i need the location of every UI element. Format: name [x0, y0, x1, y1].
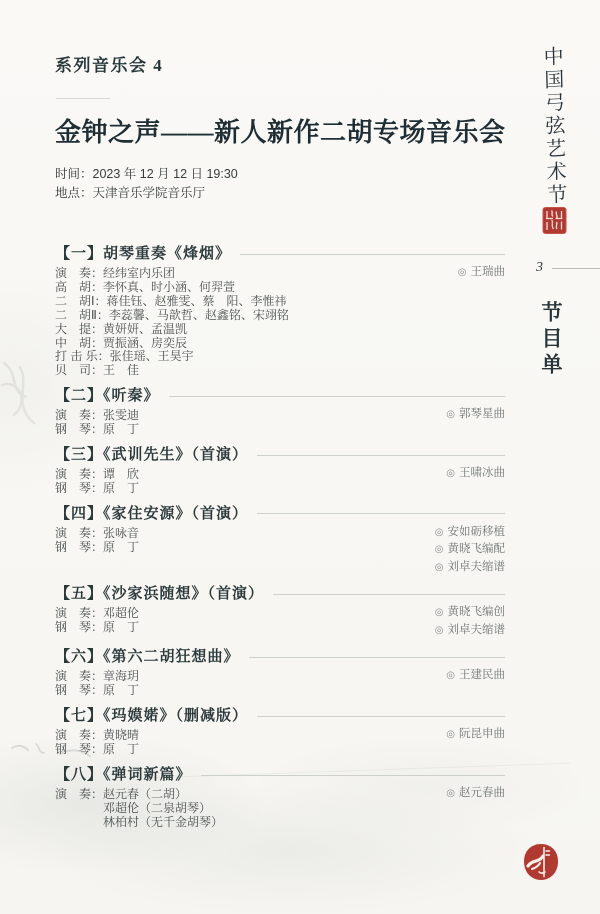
page-number-rule: [552, 268, 600, 269]
performer-row: 钢 琴：原 丁: [55, 684, 139, 698]
performer-label: 钢 琴：: [55, 743, 103, 757]
performer-row: 演 奏：张咏音: [55, 527, 139, 541]
page-number: 3: [536, 260, 543, 276]
performer-row: 高 胡：李怀真、时小涵、何羿萱: [55, 281, 289, 295]
credit-item: ◎刘卓夫缩谱: [435, 559, 505, 577]
performer-value: 原 丁: [103, 743, 139, 757]
performer-label: 演 奏：: [55, 527, 103, 541]
performer-row: 钢 琴：原 丁: [55, 482, 139, 496]
performer-row: 演 奏：张雯迪: [55, 409, 139, 423]
performer-label: 演 奏：: [55, 607, 103, 621]
performer-value: 原 丁: [103, 423, 139, 437]
credit-text: 阮昆申曲: [459, 728, 505, 740]
performer-value: 李怀真、时小涵、何羿萱: [103, 281, 235, 295]
performer-value: 李蕊馨、马歆哲、赵鑫铭、宋翊铭: [109, 309, 289, 323]
item-heading-row: 【一】胡琴重奏《烽烟》: [55, 245, 505, 263]
item-heading: 【二】《听秦》: [55, 387, 160, 405]
credits-list: ◎阮昆申曲: [446, 726, 505, 744]
credit-bullet-icon: ◎: [446, 729, 455, 740]
page-number-row: 3: [536, 260, 600, 276]
program-item: 【八】《弹词新篇》 演 奏：赵元春（二胡） 邓超伦（二泉胡琴） 林柏村（无千金胡…: [55, 766, 505, 830]
program-item: 【五】《沙家浜随想》（首演） 演 奏：邓超伦 钢 琴：原 丁 ◎黄晓飞编创 ◎刘…: [55, 585, 505, 639]
performer-label: 大 提：: [55, 323, 103, 337]
performer-row: 演 奏：经纬室内乐团: [55, 267, 289, 281]
credit-item: ◎阮昆申曲: [446, 726, 505, 744]
credit-bullet-icon: ◎: [446, 670, 455, 681]
credits-list: ◎王瑞曲: [458, 264, 505, 282]
credits-list: ◎王啸冰曲: [446, 465, 505, 483]
item-heading-row: 【四】《家住安源》（首演）: [55, 505, 505, 523]
performer-value: 邓超伦（二泉胡琴）: [103, 802, 211, 816]
performer-value: 蒋佳钰、赵雅雯、蔡 阳、李惟祎: [107, 295, 287, 309]
credit-item: ◎黄晓飞编配: [435, 541, 505, 559]
program-item: 【六】《第六二胡狂想曲》 演 奏：章海玥 钢 琴：原 丁 ◎王建民曲: [55, 648, 505, 698]
performers-list: 演 奏：黄晓晴 钢 琴：原 丁: [55, 729, 139, 757]
performer-label: 高 胡：: [55, 281, 103, 295]
performer-value: 张雯迪: [103, 409, 139, 423]
performer-row: 钢 琴：原 丁: [55, 423, 139, 437]
performer-label: 演 奏：: [55, 267, 103, 281]
performer-row: 演 奏：谭 欣: [55, 468, 139, 482]
content-column: 系列音乐会 4 金钟之声——新人新作二胡专场音乐会 时间：2023 年 12 月…: [55, 55, 505, 839]
performer-row: 演 奏：黄晓晴: [55, 729, 139, 743]
credit-text: 刘卓夫缩谱: [448, 624, 506, 636]
performer-value: 原 丁: [103, 541, 139, 555]
performer-row: 打 击 乐：张佳瑶、王昊宇: [55, 350, 289, 364]
item-heading-row: 【八】《弹词新篇》: [55, 766, 505, 784]
credit-item: ◎安如砺移植: [435, 524, 505, 542]
credit-text: 刘卓夫缩谱: [448, 561, 506, 573]
performer-label: 钢 琴：: [55, 482, 103, 496]
performers-list: 演 奏：张咏音 钢 琴：原 丁: [55, 527, 139, 555]
performer-label: 演 奏：: [55, 409, 103, 423]
performer-value: 林柏村（无千金胡琴）: [103, 816, 223, 830]
item-heading-row: 【五】《沙家浜随想》（首演）: [55, 585, 505, 603]
red-seal-icon: [542, 206, 567, 240]
performer-value: 黄妍妍、孟温凯: [103, 323, 187, 337]
credit-item: ◎王啸冰曲: [446, 465, 505, 483]
credits-list: ◎王建民曲: [446, 667, 505, 685]
meta-time-label: 时间：: [55, 167, 93, 181]
heading-rule: [249, 657, 505, 658]
item-heading-row: 【二】《听秦》: [55, 387, 505, 405]
program-item: 【七】《玛嫫婼》（删减版） 演 奏：黄晓晴 钢 琴：原 丁 ◎阮昆申曲: [55, 707, 505, 757]
performers-list: 演 奏：张雯迪 钢 琴：原 丁: [55, 409, 139, 437]
program-page: 系列音乐会 4 金钟之声——新人新作二胡专场音乐会 时间：2023 年 12 月…: [0, 0, 600, 914]
performer-label: 钢 琴：: [55, 423, 103, 437]
item-heading: 【三】《武训先生》（首演）: [55, 446, 248, 464]
credit-item: ◎王瑞曲: [458, 264, 505, 282]
item-heading-row: 【六】《第六二胡狂想曲》: [55, 648, 505, 666]
credit-bullet-icon: ◎: [446, 788, 455, 799]
credit-text: 黄晓飞编创: [448, 606, 506, 618]
credit-text: 王建民曲: [459, 669, 505, 681]
performer-row: 林柏村（无千金胡琴）: [55, 816, 223, 830]
festival-logo-icon: [522, 842, 560, 887]
meta-venue-label: 地点：: [55, 186, 93, 200]
meta-time-value: 2023 年 12 月 12 日 19:30: [93, 167, 238, 181]
performer-row: 大 提：黄妍妍、孟温凯: [55, 323, 289, 337]
performer-row: 贝 司：王 佳: [55, 364, 289, 378]
heading-rule: [257, 455, 505, 456]
performer-label: 演 奏：: [55, 788, 103, 802]
performer-row: 钢 琴：原 丁: [55, 541, 139, 555]
credit-text: 郭琴星曲: [459, 408, 505, 420]
performer-value: 张咏音: [103, 527, 139, 541]
program-item: 【三】《武训先生》（首演） 演 奏：谭 欣 钢 琴：原 丁 ◎王啸冰曲: [55, 446, 505, 496]
credit-item: ◎刘卓夫缩谱: [435, 622, 505, 640]
credits-list: ◎安如砺移植 ◎黄晓飞编配 ◎刘卓夫缩谱: [435, 524, 505, 577]
program-item: 【二】《听秦》 演 奏：张雯迪 钢 琴：原 丁 ◎郭琴星曲: [55, 387, 505, 437]
credit-item: ◎郭琴星曲: [446, 406, 505, 424]
item-heading-row: 【七】《玛嫫婼》（删减版）: [55, 707, 505, 725]
performer-row: 二 胡Ⅰ：蒋佳钰、赵雅雯、蔡 阳、李惟祎: [55, 295, 289, 309]
performer-label: 钢 琴：: [55, 684, 103, 698]
performer-row: 钢 琴：原 丁: [55, 621, 139, 635]
performers-list: 演 奏：章海玥 钢 琴：原 丁: [55, 670, 139, 698]
item-heading-row: 【三】《武训先生》（首演）: [55, 446, 505, 464]
item-heading: 【七】《玛嫫婼》（删减版）: [55, 707, 248, 725]
program-item: 【四】《家住安源》（首演） 演 奏：张咏音 钢 琴：原 丁 ◎安如砺移植 ◎黄晓…: [55, 505, 505, 577]
item-heading: 【六】《第六二胡狂想曲》: [55, 648, 240, 666]
performer-value: 谭 欣: [103, 468, 139, 482]
program-item: 【一】胡琴重奏《烽烟》 演 奏：经纬室内乐团 高 胡：李怀真、时小涵、何羿萱 二…: [55, 245, 505, 378]
performers-list: 演 奏：谭 欣 钢 琴：原 丁: [55, 468, 139, 496]
performer-row: 演 奏：章海玥: [55, 670, 139, 684]
credits-list: ◎郭琴星曲: [446, 406, 505, 424]
credit-item: ◎赵元春曲: [446, 785, 505, 803]
credit-bullet-icon: ◎: [435, 625, 444, 636]
credit-bullet-icon: ◎: [458, 267, 467, 278]
meta-venue-row: 地点：天津音乐学院音乐厅: [55, 184, 505, 203]
item-heading: 【四】《家住安源》（首演）: [55, 505, 248, 523]
performer-row: 演 奏：邓超伦: [55, 607, 139, 621]
performers-list: 演 奏：赵元春（二胡） 邓超伦（二泉胡琴） 林柏村（无千金胡琴）: [55, 788, 223, 830]
ink-watermark-left: [0, 345, 60, 435]
performer-row: 演 奏：赵元春（二胡）: [55, 788, 223, 802]
meta-time-row: 时间：2023 年 12 月 12 日 19:30: [55, 165, 505, 184]
credit-bullet-icon: ◎: [446, 409, 455, 420]
credit-text: 黄晓飞编配: [448, 543, 506, 555]
credit-item: ◎黄晓飞编创: [435, 604, 505, 622]
performer-label: 二 胡Ⅰ：: [55, 295, 107, 309]
credit-bullet-icon: ◎: [435, 544, 444, 555]
series-label: 系列音乐会 4: [55, 55, 505, 77]
performer-label: 演 奏：: [55, 468, 103, 482]
performer-label: 二 胡Ⅱ：: [55, 309, 109, 323]
credit-text: 王啸冰曲: [459, 467, 505, 479]
item-heading: 【一】胡琴重奏《烽烟》: [55, 245, 231, 263]
credit-bullet-icon: ◎: [435, 562, 444, 573]
heading-rule: [201, 775, 505, 776]
heading-rule: [273, 594, 505, 595]
performer-value: 邓超伦: [103, 607, 139, 621]
performer-value: 原 丁: [103, 621, 139, 635]
performer-value: 原 丁: [103, 684, 139, 698]
performer-label: 贝 司：: [55, 364, 103, 378]
heading-rule: [240, 254, 505, 255]
meta-venue-value: 天津音乐学院音乐厅: [93, 186, 206, 200]
performers-list: 演 奏：经纬室内乐团 高 胡：李怀真、时小涵、何羿萱 二 胡Ⅰ：蒋佳钰、赵雅雯、…: [55, 267, 289, 378]
performer-label: [55, 816, 103, 830]
performer-row: 邓超伦（二泉胡琴）: [55, 802, 223, 816]
performer-value: 黄晓晴: [103, 729, 139, 743]
item-heading: 【八】《弹词新篇》: [55, 766, 192, 784]
performer-value: 经纬室内乐团: [103, 267, 175, 281]
performer-label: 钢 琴：: [55, 621, 103, 635]
program-section-label: 节目单: [539, 301, 563, 379]
performer-label: 演 奏：: [55, 670, 103, 684]
sidebar: 中国弓弦艺术节 3 节目单: [500, 0, 600, 914]
credits-list: ◎黄晓飞编创 ◎刘卓夫缩谱: [435, 604, 505, 639]
performer-value: 王 佳: [103, 364, 139, 378]
program-list: 【一】胡琴重奏《烽烟》 演 奏：经纬室内乐团 高 胡：李怀真、时小涵、何羿萱 二…: [55, 245, 505, 830]
performer-row: 二 胡Ⅱ：李蕊馨、马歆哲、赵鑫铭、宋翊铭: [55, 309, 289, 323]
heading-rule: [257, 716, 505, 717]
festival-calligraphy: 中国弓弦艺术节: [540, 45, 566, 207]
credit-text: 安如砺移植: [448, 526, 506, 538]
credit-text: 赵元春曲: [459, 787, 505, 799]
performer-value: 章海玥: [103, 670, 139, 684]
credits-list: ◎赵元春曲: [446, 785, 505, 803]
concert-title: 金钟之声——新人新作二胡专场音乐会: [55, 116, 505, 150]
heading-rule: [257, 513, 505, 514]
performers-list: 演 奏：邓超伦 钢 琴：原 丁: [55, 607, 139, 635]
performer-value: 原 丁: [103, 482, 139, 496]
performer-label: 钢 琴：: [55, 541, 103, 555]
performer-row: 钢 琴：原 丁: [55, 743, 139, 757]
performer-label: 打 击 乐：: [55, 350, 110, 364]
credit-bullet-icon: ◎: [435, 527, 444, 538]
series-divider: [56, 98, 110, 99]
meta-block: 时间：2023 年 12 月 12 日 19:30 地点：天津音乐学院音乐厅: [55, 165, 505, 203]
credit-item: ◎王建民曲: [446, 667, 505, 685]
item-heading: 【五】《沙家浜随想》（首演）: [55, 585, 264, 603]
heading-rule: [169, 396, 505, 397]
performer-label: [55, 802, 103, 816]
credit-bullet-icon: ◎: [446, 468, 455, 479]
performer-value: 赵元春（二胡）: [103, 788, 187, 802]
credit-bullet-icon: ◎: [435, 607, 444, 618]
performer-label: 演 奏：: [55, 729, 103, 743]
